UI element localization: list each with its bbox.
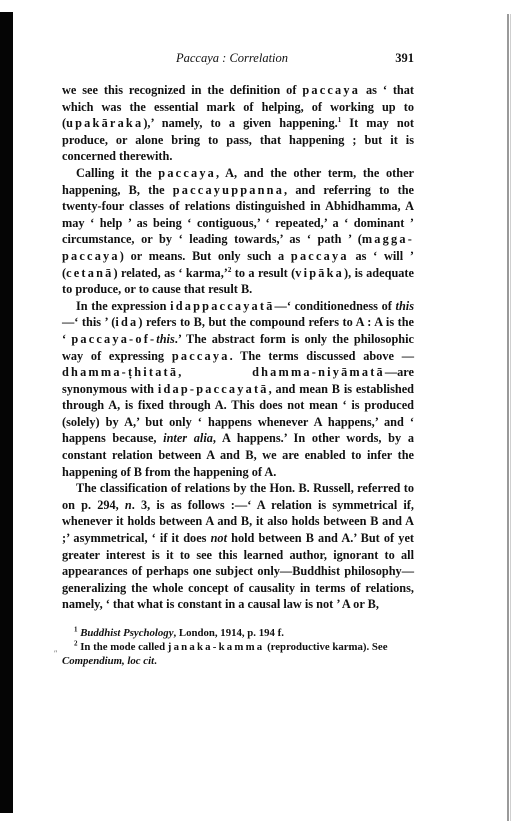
pali-term: paccaya bbox=[302, 83, 360, 97]
italic-text: Buddhist Psychology bbox=[80, 627, 173, 639]
paragraph: The classification of relations by the H… bbox=[62, 480, 414, 613]
text-run: , bbox=[178, 365, 252, 379]
italic-text: this bbox=[396, 299, 414, 313]
text-run: ) or means. But only such a bbox=[120, 249, 291, 263]
book-page: Paccaya : Correlation 391 we see this re… bbox=[62, 51, 414, 669]
italic-text: inter alia bbox=[163, 431, 213, 445]
text-run: to a result ( bbox=[231, 266, 295, 280]
pali-term: upakāraka bbox=[66, 116, 143, 130]
text-run: —‘ conditionedness of bbox=[275, 299, 396, 313]
scan-page-edge-inner bbox=[510, 14, 511, 821]
running-head: Paccaya : Correlation 391 bbox=[62, 51, 414, 67]
footnote: 2 In the mode called janaka-kamma (repro… bbox=[62, 640, 414, 668]
italic-text: this bbox=[156, 332, 174, 346]
scan-speck: ″ bbox=[54, 649, 57, 658]
text-run: we see this recognized in the definition… bbox=[62, 83, 302, 97]
text-run: (reproductive karma). See bbox=[264, 641, 387, 653]
italic-text: not bbox=[211, 531, 227, 545]
pali-term: paccayuppanna bbox=[173, 183, 284, 197]
italic-text: Compendium, loc cit bbox=[62, 655, 154, 667]
text-run: In the expression bbox=[76, 299, 170, 313]
text-run: In the mode called bbox=[78, 641, 168, 653]
pali-term: paccaya bbox=[172, 349, 230, 363]
page-number: 391 bbox=[395, 51, 414, 66]
pali-term: idappaccayatā bbox=[170, 299, 274, 313]
text-run: ),’ namely, to a given happening. bbox=[143, 116, 337, 130]
footnote-ref: 1 bbox=[74, 625, 78, 633]
scan-binding-shadow bbox=[0, 12, 13, 813]
text-run: , London, 1914, p. 194 f. bbox=[174, 627, 284, 639]
paragraph: In the expression idappaccayatā—‘ condit… bbox=[62, 298, 414, 481]
pali-term: idap-paccayatā bbox=[158, 382, 269, 396]
pali-term: janaka-kamma bbox=[168, 641, 265, 653]
footnotes: 1 Buddhist Psychology, London, 1914, p. … bbox=[62, 626, 414, 669]
pali-term: paccaya bbox=[291, 249, 349, 263]
pali-term: cetanā bbox=[66, 266, 113, 280]
scan-page-edge bbox=[507, 14, 509, 821]
text-run: Calling it the bbox=[76, 166, 158, 180]
pali-term: vipāka bbox=[295, 266, 344, 280]
pali-term: dhamma-niyāmatā bbox=[252, 365, 385, 379]
pali-term: paccaya-of- bbox=[71, 332, 156, 346]
running-title: Paccaya : Correlation bbox=[176, 51, 288, 66]
text-run: . The terms discussed above — bbox=[230, 349, 414, 363]
text-run: . bbox=[154, 655, 157, 667]
body-text: we see this recognized in the definition… bbox=[62, 82, 414, 613]
paragraph: we see this recognized in the definition… bbox=[62, 82, 414, 165]
footnote: 1 Buddhist Psychology, London, 1914, p. … bbox=[62, 626, 414, 640]
pali-term: dhamma-ṭhitatā bbox=[62, 365, 178, 379]
italic-text: n bbox=[125, 498, 132, 512]
pali-term: ida bbox=[115, 315, 138, 329]
text-run: ) related, as ‘ karma,’ bbox=[113, 266, 227, 280]
pali-term: paccaya bbox=[158, 166, 216, 180]
text-run: —‘ this ’ ( bbox=[62, 315, 115, 329]
paragraph: Calling it the paccaya, A, and the other… bbox=[62, 165, 414, 298]
